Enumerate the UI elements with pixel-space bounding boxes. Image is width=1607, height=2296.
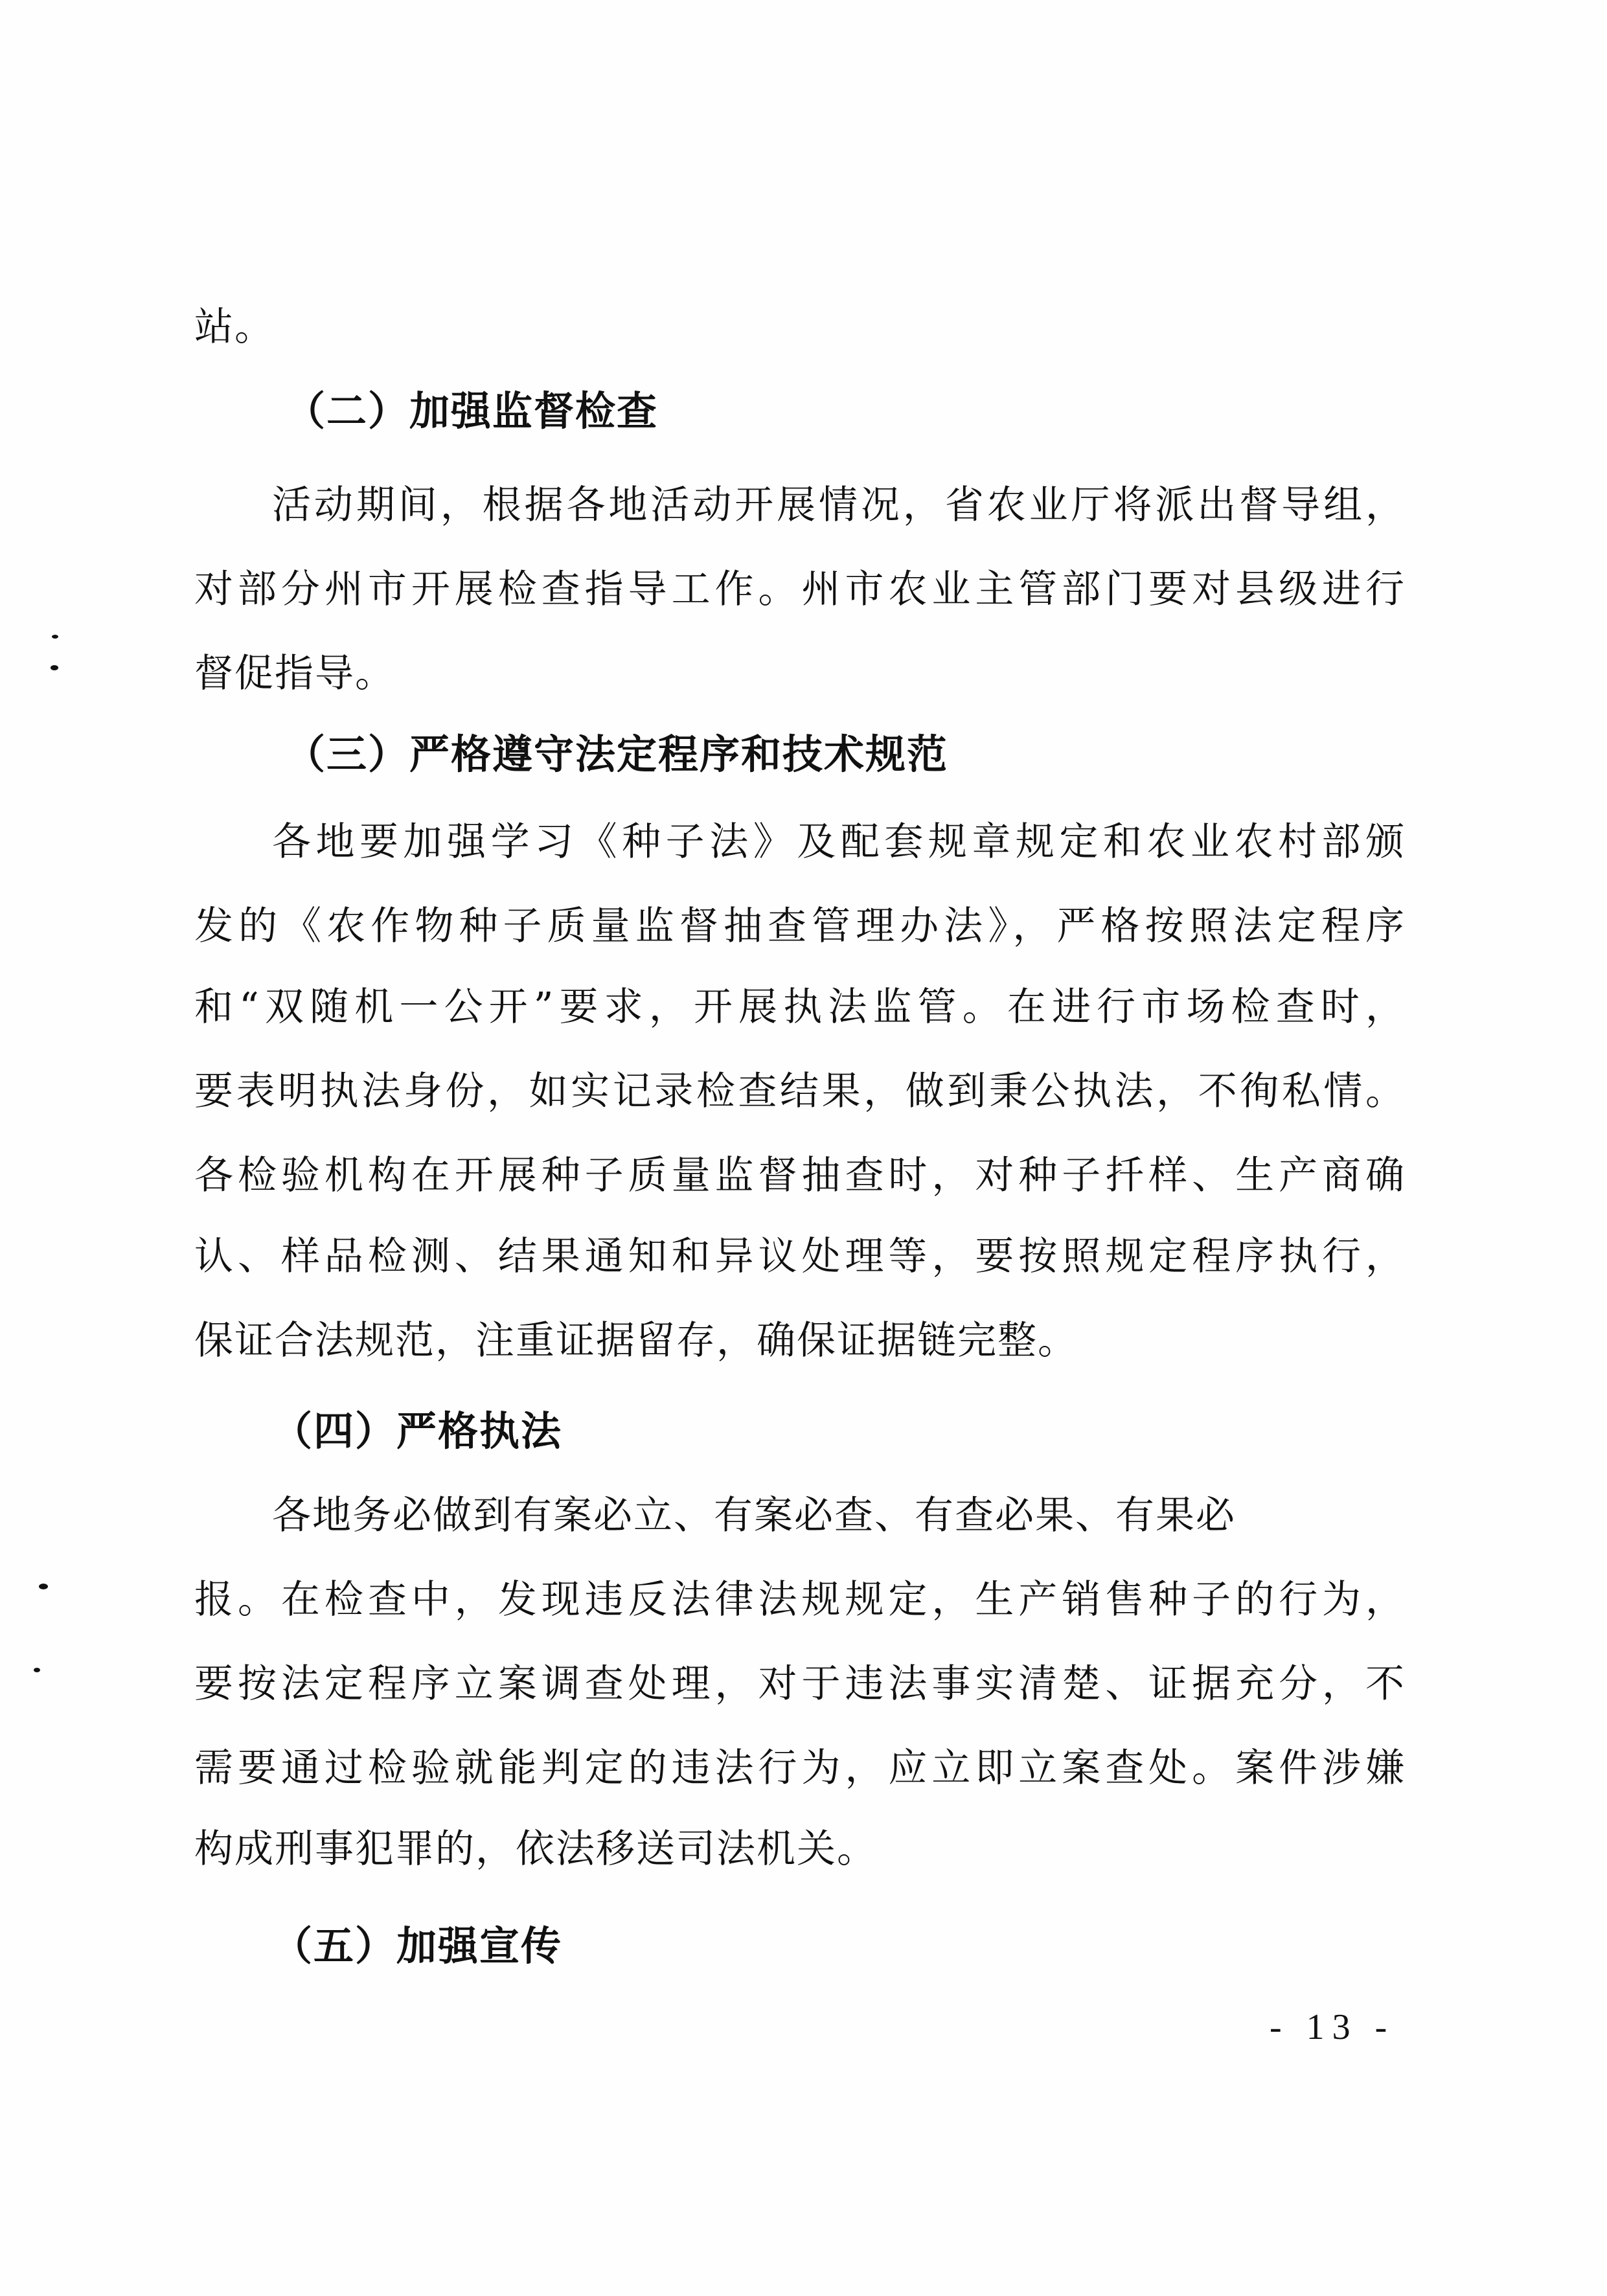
paragraph-line: 对部分州市开展检查指导工作。州市农业主管部门要对县级进行	[194, 563, 1406, 615]
scan-mark	[34, 1668, 40, 1672]
paragraph-line: 和“双随机一公开”要求，开展执法监管。在进行市场检查时，	[194, 981, 1406, 1033]
section-heading-4: （四）严格执法	[272, 1405, 1483, 1457]
paragraph-line: 需要通过检验就能判定的违法行为，应立即立案查处。案件涉嫌	[194, 1742, 1406, 1794]
scan-mark	[51, 665, 58, 670]
paragraph-line: 认、样品检测、结果通知和异议处理等，要按照规定程序执行，	[194, 1231, 1406, 1282]
paragraph-line: 各地要加强学习《种子法》及配套规章规定和农业农村部颁	[272, 816, 1406, 868]
paragraph-line: 要按法定程序立案调查处理，对于违法事实清楚、证据充分，不	[194, 1658, 1406, 1710]
paragraph-line: 报。在检查中，发现违反法律法规规定，生产销售种子的行为，	[194, 1574, 1406, 1626]
paragraph-line: 发的《农作物种子质量监督抽查管理办法》，严格按照法定程序	[194, 900, 1406, 952]
scan-mark	[39, 1584, 48, 1589]
paragraph-line: 构成刑事犯罪的，依法移送司法机关。	[194, 1823, 1406, 1875]
paragraph-line: 各地务必做到有案必立、有案必查、有查必果、有果必	[272, 1490, 1406, 1541]
paragraph-continuation: 站。	[194, 301, 1406, 353]
page-number: - 13 -	[1270, 2001, 1395, 2053]
document-page: 站。 （二）加强监督检查 活动期间，根据各地活动开展情况，省农业厅将派出督导组，…	[0, 0, 1607, 2296]
paragraph-line: 各检验机构在开展种子质量监督抽查时，对种子扦样、生产商确	[194, 1150, 1406, 1201]
section-heading-2: （二）加强监督检查	[285, 385, 1496, 437]
paragraph-line: 督促指导。	[194, 648, 1406, 699]
section-heading-5: （五）加强宣传	[272, 1920, 1483, 1972]
paragraph-line: 要表明执法身份，如实记录检查结果，做到秉公执法，不徇私情。	[194, 1065, 1406, 1117]
scan-mark	[52, 635, 58, 639]
paragraph-line: 活动期间，根据各地活动开展情况，省农业厅将派出督导组，	[272, 479, 1406, 531]
paragraph-line: 保证合法规范，注重证据留存，确保证据链完整。	[194, 1315, 1406, 1367]
section-heading-3: （三）严格遵守法定程序和技术规范	[285, 729, 1496, 780]
